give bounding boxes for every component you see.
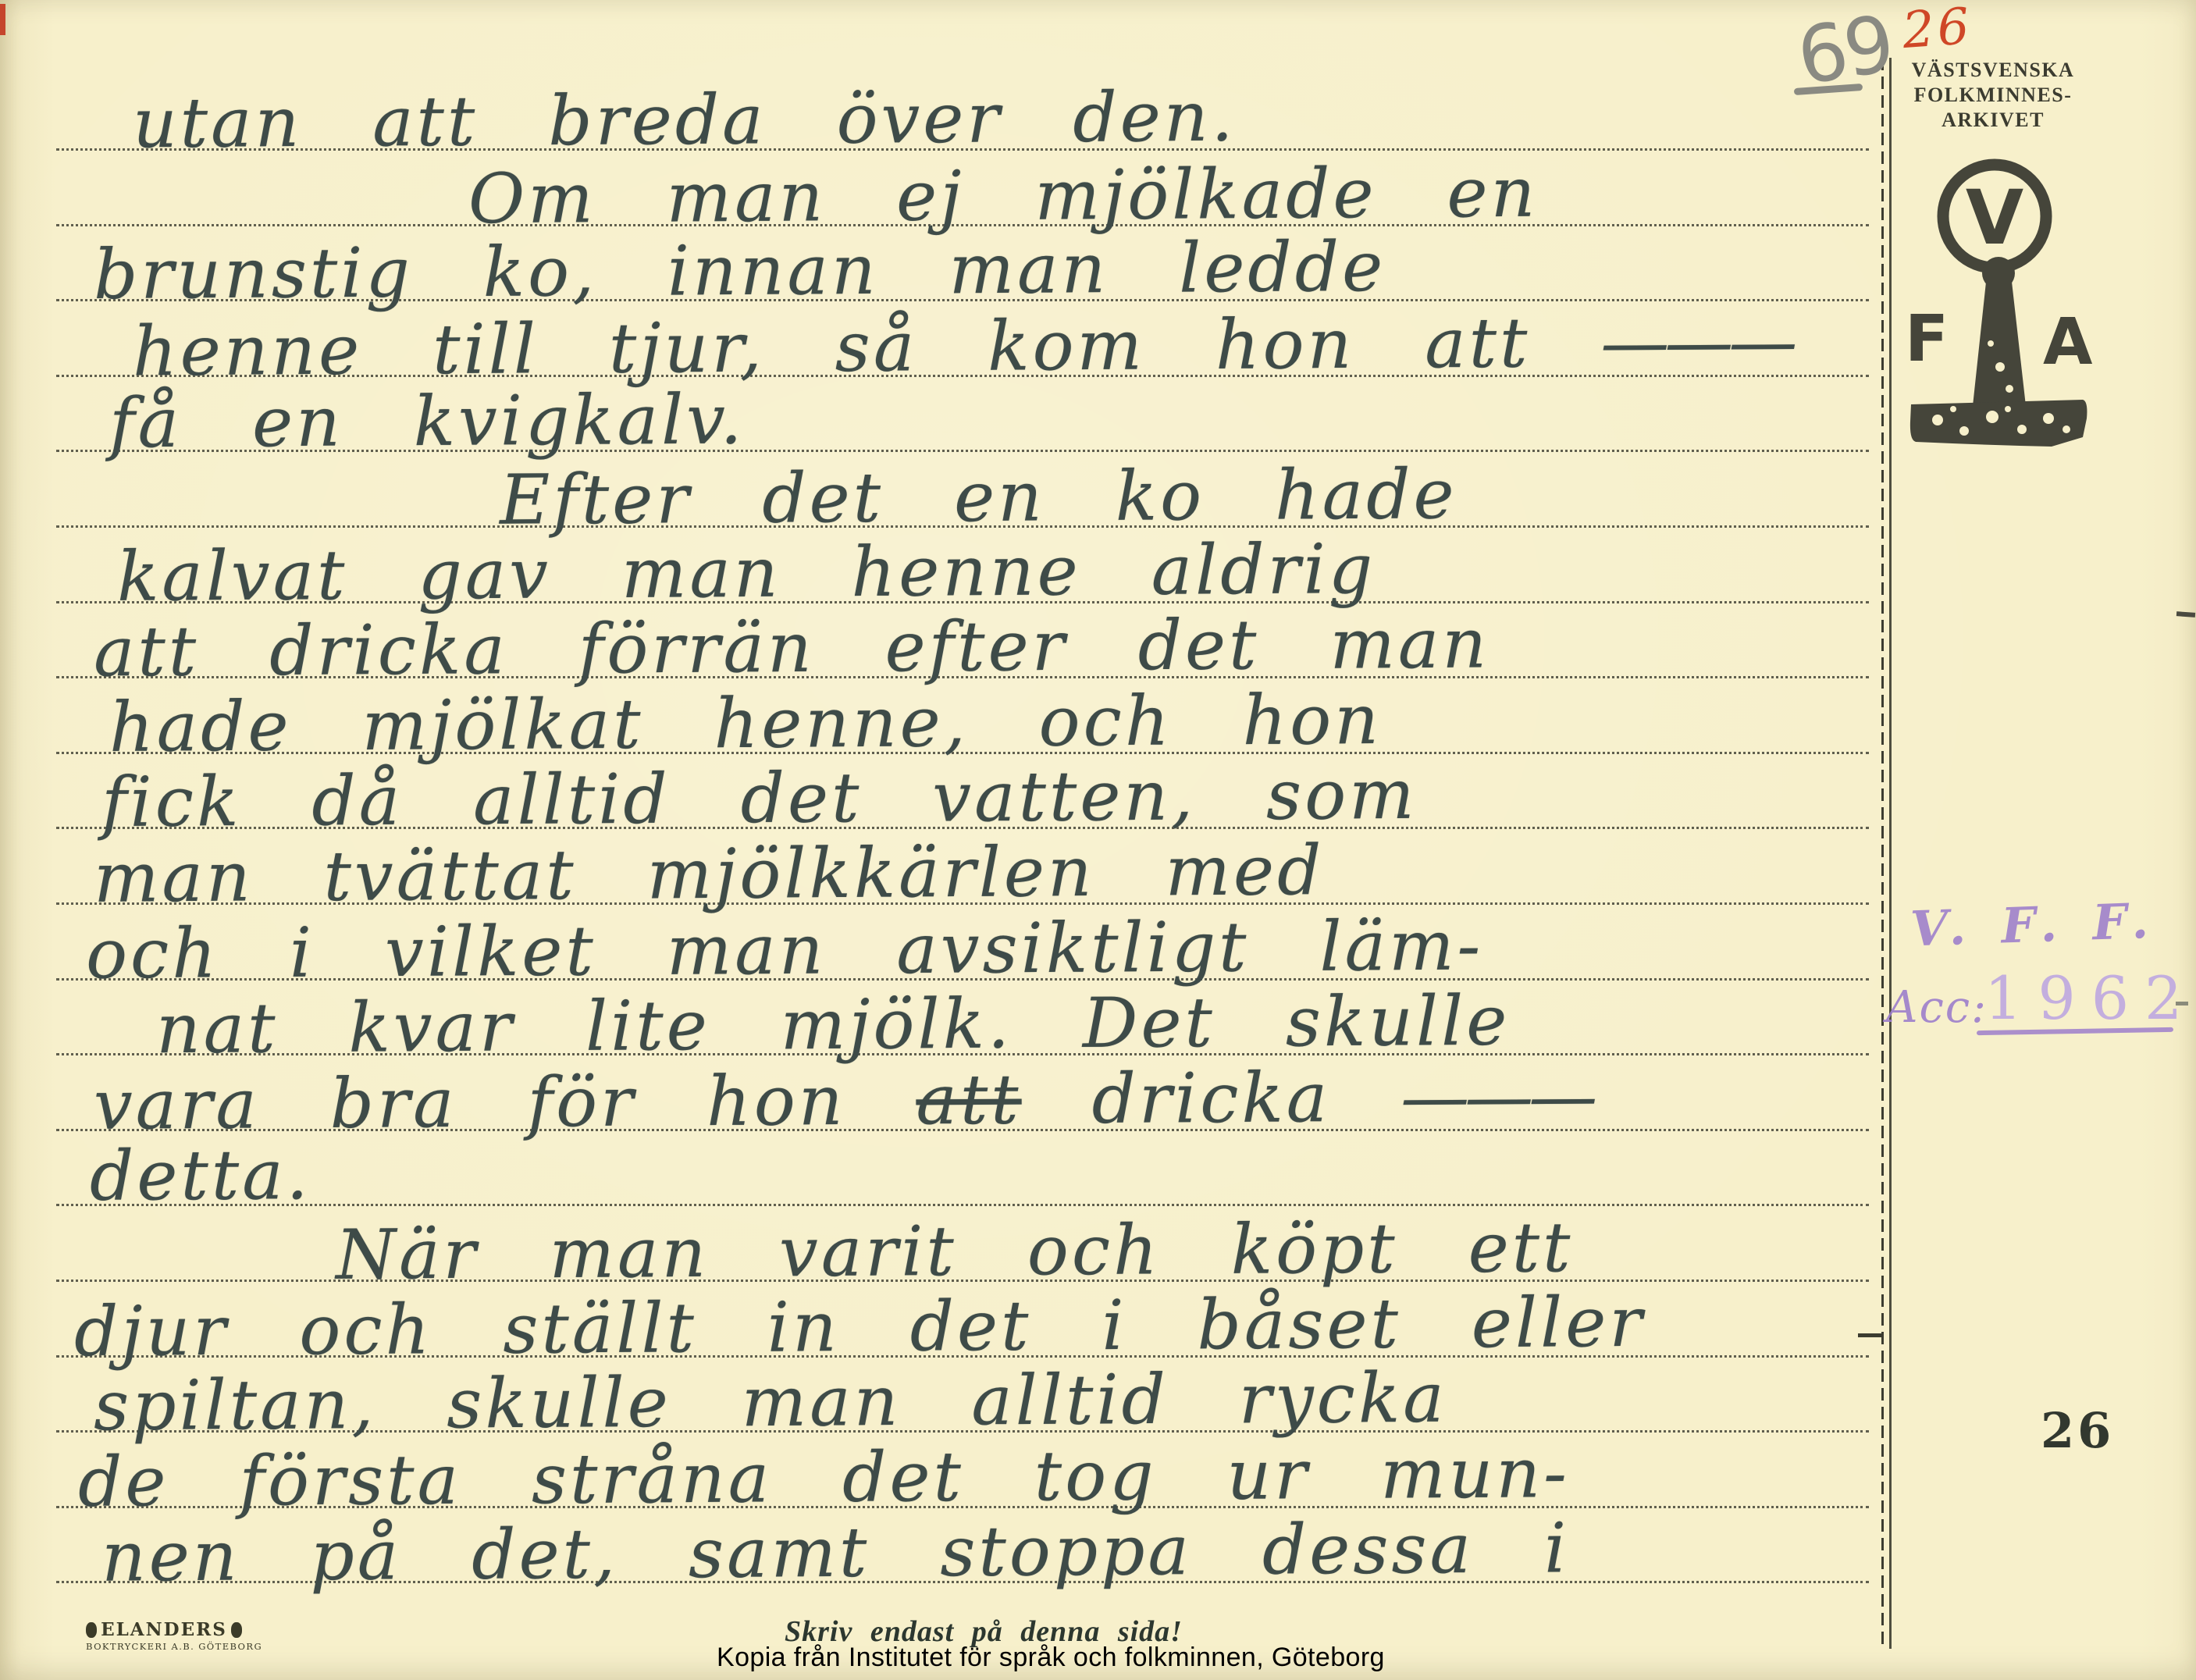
handwritten-line: kalvat gav man henne aldrig [117,535,1376,611]
handwriting-text: brunstig ko, innan man ledde [94,226,1386,315]
handwriting-text: och i vilket man avsiktligt läm- [86,905,1484,994]
handwriting-text: Efter det en ko hade [500,454,1457,539]
logo-letter-a: A [2043,305,2093,379]
handwritten-line: djur och ställt in det i båset eller [74,1287,1646,1365]
archive-name-line: ARKIVET [1892,108,2094,133]
printer-mark: ELANDERS BOKTRYCKERI A.B. GÖTEBORG [86,1619,242,1652]
printer-subtitle: BOKTRYCKERI A.B. GÖTEBORG [86,1641,242,1652]
ink-flourish: ——— [1401,1055,1593,1137]
margin-divider-line [1881,58,1884,1649]
handwritten-line: och i vilket man avsiktligt läm- [86,911,1484,988]
handwritten-line: vara bra för hon att dricka ——— [94,1062,1593,1140]
handwriting-text: kalvat gav man henne aldrig [117,529,1376,617]
handwriting-text: man tvättat mjölkkärlen med [94,830,1325,918]
handwritten-line: brunstig ko, innan man ledde [94,233,1386,309]
handwriting-text: henne till tjur, så kom hon att [133,302,1601,391]
logo-letter-f: F [1905,302,1949,376]
handwritten-line: de första stråna det tog ur mun- [78,1439,1570,1517]
thors-hammer-logo: V F A [1899,156,2095,472]
handwriting-text: spiltan, skulle man alltid rycka [94,1358,1447,1447]
handwritten-line: henne till tjur, så kom hon att ——— [133,307,1793,386]
handwritten-line: fick då alltid det vatten, som [101,760,1418,837]
margin-divider-tick [1858,1333,1883,1337]
handwritten-line: att dricka förrän efter det man [94,610,1490,687]
handwritten-line: spiltan, skulle man alltid rycka [94,1364,1447,1441]
ruled-line [56,1204,1869,1206]
handwriting-text: detta. [90,1135,311,1217]
handwritten-line: hade mjölkat henne, och hon [109,685,1382,762]
handwriting-text: vara bra för hon [94,1059,916,1144]
thors-hammer-logo-svg: V F A [1899,156,2095,468]
copy-attribution-note: Kopia från Institutet för språk och folk… [717,1643,1385,1673]
handwriting-layer: utan att breda över den.Om man ej mjölka… [0,0,2196,1680]
handwritten-line: Efter det en ko hade [500,460,1457,534]
handwritten-line: detta. [90,1141,311,1212]
ink-flourish: ——— [1600,301,1793,383]
archive-name-line: FOLKMINNES- [1892,83,2094,108]
handwritten-line: utan att breda över den. [133,83,1237,158]
handwritten-line: Om man ej mjölkade en [468,158,1539,233]
handwriting-text: fick då alltid det vatten, som [101,754,1418,842]
handwritten-line: nat kvar lite mjölk. Det skulle [156,987,1511,1064]
printed-page-number: 26 [2041,1402,2114,1459]
archive-stamp-initials: V. F. F. [1909,892,2159,957]
printer-emblem-icon [231,1622,242,1638]
handwriting-text: utan att breda över den. [133,77,1237,164]
handwritten-line: nen på det, samt stoppa dessa i [101,1514,1570,1592]
handwriting-text: dricka [1021,1056,1401,1139]
accession-label: Acc: [1886,982,1988,1033]
handwritten-line: få en kvigkalv. [109,386,746,458]
handwriting-text: hade mjölkat henne, och hon [109,679,1382,767]
handwriting-text: När man varit och köpt ett [336,1207,1574,1295]
handwriting-text: nat kvar lite mjölk. Det skulle [156,981,1511,1070]
scanned-manuscript-page: utan att breda över den.Om man ej mjölka… [0,0,2196,1680]
archive-letterhead: VÄSTSVENSKA FOLKMINNES- ARKIVET [1892,58,2094,133]
handwritten-line: När man varit och köpt ett [336,1213,1574,1290]
archive-name-line: VÄSTSVENSKA [1892,58,2094,83]
handwriting-text: att dricka förrän efter det man [94,603,1490,692]
handwriting-text: nen på det, samt stoppa dessa i [101,1508,1570,1597]
handwritten-line: man tvättat mjölkkärlen med [94,836,1325,913]
margin-divider-line [1889,58,1892,1649]
printer-emblem-icon [86,1622,97,1638]
logo-letter-v: V [1966,174,2023,262]
accession-number: 1962 [1984,963,2196,1033]
struck-word: att [916,1059,1022,1140]
printer-name: ELANDERS [101,1619,227,1640]
handwriting-text: få en kvigkalv. [109,379,746,464]
red-page-annotation: 26 [1901,0,1974,60]
